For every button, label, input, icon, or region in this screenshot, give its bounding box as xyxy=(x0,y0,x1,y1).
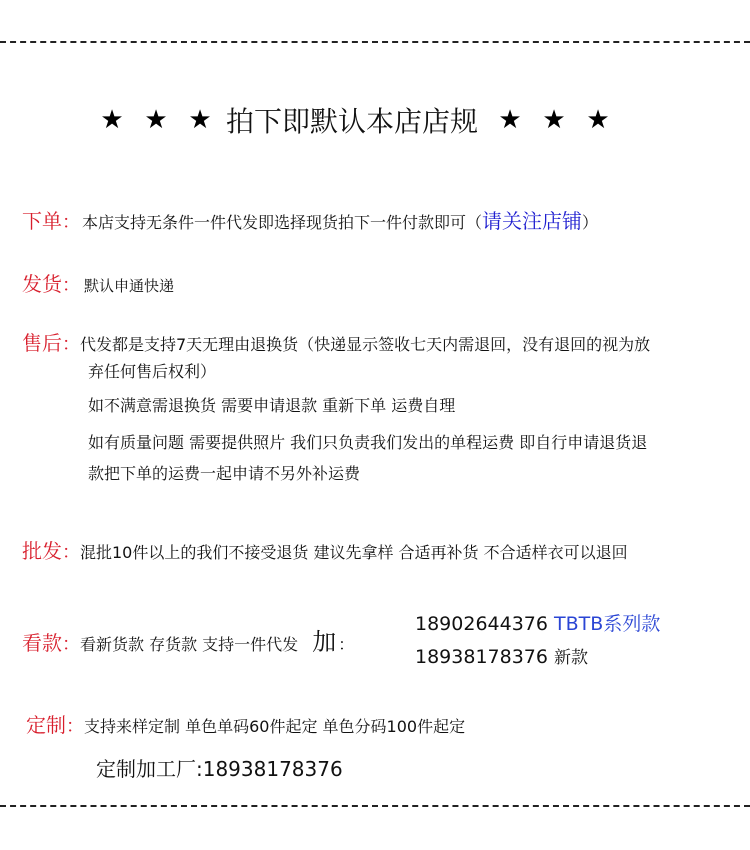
contact-note: TBTB系列款 xyxy=(554,613,660,635)
aftersale-line-5: 款把下单的运费一起申请不另外补运费 xyxy=(88,461,360,484)
follow-shop-link[interactable]: 请关注店铺 xyxy=(482,205,582,234)
custom-factory-contact: 定制加工厂:18938178376 xyxy=(96,753,343,782)
phone-number: 18938178376 xyxy=(415,646,548,668)
add-colon: ： xyxy=(338,632,354,655)
star-icon: ★ xyxy=(488,105,532,135)
custom-text: 支持来样定制 单色单码60件起定 单色分码100件起定 xyxy=(84,714,465,737)
view-label: 看款： xyxy=(22,627,80,656)
order-text: 本店支持无条件一件代发即选择现货拍下一件付款即可（ xyxy=(82,210,482,233)
custom-label: 定制： xyxy=(26,709,84,738)
top-dashed-divider xyxy=(0,41,750,43)
aftersale-line-1: 代发都是支持7天无理由退换货（快递显示签收七天内需退回，没有退回的视为放 xyxy=(80,332,650,355)
wholesale-text: 混批10件以上的我们不接受退货 建议先拿样 合适再补货 不合适样衣可以退回 xyxy=(80,540,628,563)
title-text: 拍下即默认本店店规 xyxy=(226,100,478,140)
section-custom: 定制： 支持来样定制 单色单码60件起定 单色分码100件起定 xyxy=(26,709,465,738)
aftersale-label: 售后： xyxy=(22,327,80,356)
star-icon: ★ xyxy=(178,105,222,135)
aftersale-line-3: 如不满意需退换货 需要申请退款 重新下单 运费自理 xyxy=(88,393,455,416)
section-view: 看款： 看新货款 存货款 支持一件代发 加 ： xyxy=(22,622,354,657)
add-label: 加 xyxy=(312,622,336,657)
view-text: 看新货款 存货款 支持一件代发 xyxy=(80,632,298,655)
page-title: ★ ★ ★ 拍下即默认本店店规 ★ ★ ★ xyxy=(90,100,620,140)
section-aftersale: 售后： 代发都是支持7天无理由退换货（快递显示签收七天内需退回，没有退回的视为放 xyxy=(22,327,650,356)
contact-note: 新款 xyxy=(554,648,588,668)
star-icon: ★ xyxy=(90,105,134,135)
section-order: 下单： 本店支持无条件一件代发即选择现货拍下一件付款即可（ 请关注店铺 ） xyxy=(22,205,598,234)
contact-item: 18938178376 新款 xyxy=(415,641,660,675)
order-label: 下单： xyxy=(22,205,80,234)
star-icon: ★ xyxy=(134,105,178,135)
star-icon: ★ xyxy=(532,105,576,135)
wholesale-label: 批发： xyxy=(22,535,80,564)
shipping-label: 发货： xyxy=(22,268,80,297)
order-close-paren: ） xyxy=(582,210,598,233)
section-wholesale: 批发： 混批10件以上的我们不接受退货 建议先拿样 合适再补货 不合适样衣可以退… xyxy=(22,535,628,564)
contact-item: 18902644376 TBTB系列款 xyxy=(415,608,660,641)
contact-list: 18902644376 TBTB系列款 18938178376 新款 xyxy=(415,608,660,675)
bottom-dashed-divider xyxy=(0,805,750,807)
star-icon: ★ xyxy=(576,105,620,135)
aftersale-line-4: 如有质量问题 需要提供照片 我们只负责我们发出的单程运费 即自行申请退货退 xyxy=(88,430,647,453)
phone-number: 18902644376 xyxy=(415,613,548,635)
aftersale-line-2: 弃任何售后权利） xyxy=(88,359,216,382)
section-shipping: 发货： 默认申通快递 xyxy=(22,268,174,297)
shipping-text: 默认申通快递 xyxy=(84,275,174,296)
